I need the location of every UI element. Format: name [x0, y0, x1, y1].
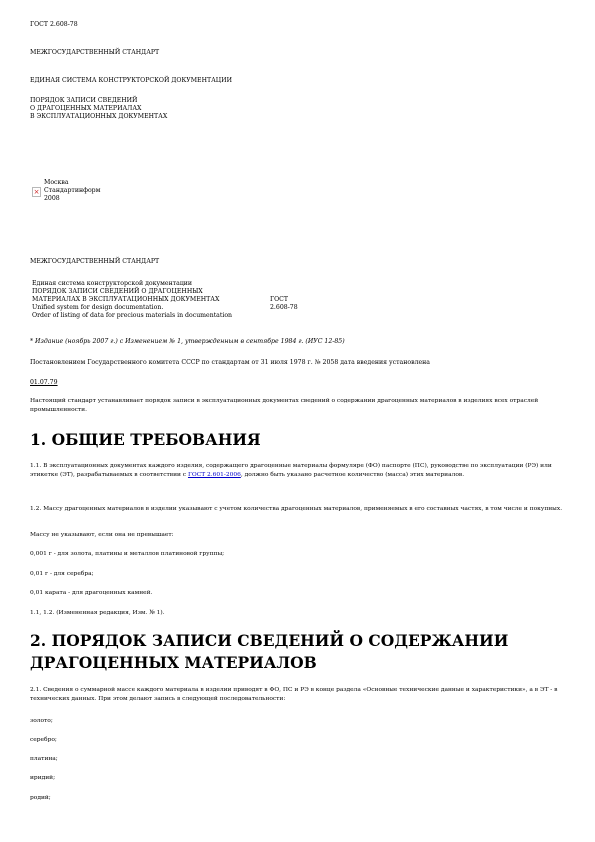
- broken-image-icon: ×: [32, 187, 41, 197]
- list-item: золото;: [30, 717, 53, 726]
- intro-paragraph: Настоящий стандарт устанавливает порядок…: [30, 397, 565, 415]
- paragraph-1-2: 1.2. Массу драгоценных материалов в изде…: [30, 505, 565, 514]
- list-item: родий;: [30, 794, 51, 803]
- title-block-line: МАТЕРИАЛАХ В ЭКСПЛУАТАЦИОННЫХ ДОКУМЕНТАХ: [32, 296, 232, 304]
- paragraph-1-1-tail: , должно быть указано расчетное количест…: [241, 472, 464, 478]
- publisher-year: 2008: [44, 195, 100, 203]
- decree-text: Постановлением Государственного комитета…: [30, 359, 430, 367]
- gost-label: ГОСТ: [270, 296, 298, 304]
- interstate-label: МЕЖГОСУДАРСТВЕННЫЙ СТАНДАРТ: [30, 258, 159, 266]
- section-2-heading-line: ДРАГОЦЕННЫХ МАТЕРИАЛОВ: [30, 652, 508, 674]
- paragraph-1-1: 1.1. В эксплуатационных документах каждо…: [30, 462, 565, 480]
- section-2-heading: 2. ПОРЯДОК ЗАПИСИ СВЕДЕНИЙ О СОДЕРЖАНИИ …: [30, 630, 508, 674]
- paragraph-revision-note: 1.1, 1.2. (Измененная редакция, Изм. № 1…: [30, 609, 165, 618]
- list-item: иридий;: [30, 774, 55, 783]
- paragraph-gems-limit: 0,01 карата - для драгоценных камней.: [30, 589, 152, 598]
- doc-id: ГОСТ 2.608-78: [30, 21, 78, 29]
- section-1-heading: 1. ОБЩИЕ ТРЕБОВАНИЯ: [30, 429, 261, 451]
- title-block-line: Order of listing of data for precious ma…: [32, 312, 232, 320]
- title-block-line: Unified system for design documentation.: [32, 304, 232, 312]
- publisher-name: Стандартинформ: [44, 187, 100, 195]
- list-item: серебро;: [30, 736, 57, 745]
- paragraph-mass-limit: Массу не указывают, если она не превышае…: [30, 531, 174, 540]
- cover-publisher: Москва Стандартинформ 2008: [44, 179, 100, 203]
- edition-note: * Издание (ноябрь 2007 г.) с Изменением …: [30, 338, 345, 346]
- gost-number: 2.608-78: [270, 304, 298, 312]
- title-block-line: Единая система конструкторской документа…: [32, 280, 232, 288]
- paragraph-silver-limit: 0,01 г - для серебра;: [30, 570, 94, 579]
- cover-system-label: ЕДИНАЯ СИСТЕМА КОНСТРУКТОРСКОЙ ДОКУМЕНТА…: [30, 77, 232, 85]
- cover-title-line: О ДРАГОЦЕННЫХ МАТЕРИАЛАХ: [30, 105, 167, 113]
- paragraph-gold-limit: 0,001 г - для золота, платины и металлов…: [30, 550, 224, 559]
- gost-designation: ГОСТ 2.608-78: [270, 296, 298, 312]
- cover-title-line: В ЭКСПЛУАТАЦИОННЫХ ДОКУМЕНТАХ: [30, 113, 167, 121]
- gost-2-601-link[interactable]: ГОСТ 2.601-2006: [188, 472, 241, 478]
- list-item: платина;: [30, 755, 58, 764]
- standard-title-block: Единая система конструкторской документа…: [32, 280, 232, 320]
- cover-title: ПОРЯДОК ЗАПИСИ СВЕДЕНИЙ О ДРАГОЦЕННЫХ МА…: [30, 97, 167, 121]
- section-2-heading-line: 2. ПОРЯДОК ЗАПИСИ СВЕДЕНИЙ О СОДЕРЖАНИИ: [30, 630, 508, 652]
- intro-date: 01.07.79: [30, 379, 58, 387]
- cover-interstate-label: МЕЖГОСУДАРСТВЕННЫЙ СТАНДАРТ: [30, 49, 159, 57]
- paragraph-2-1: 2.1. Сведения о суммарной массе каждого …: [30, 686, 570, 704]
- cover-title-line: ПОРЯДОК ЗАПИСИ СВЕДЕНИЙ: [30, 97, 167, 105]
- publisher-city: Москва: [44, 179, 100, 187]
- title-block-line: ПОРЯДОК ЗАПИСИ СВЕДЕНИЙ О ДРАГОЦЕННЫХ: [32, 288, 232, 296]
